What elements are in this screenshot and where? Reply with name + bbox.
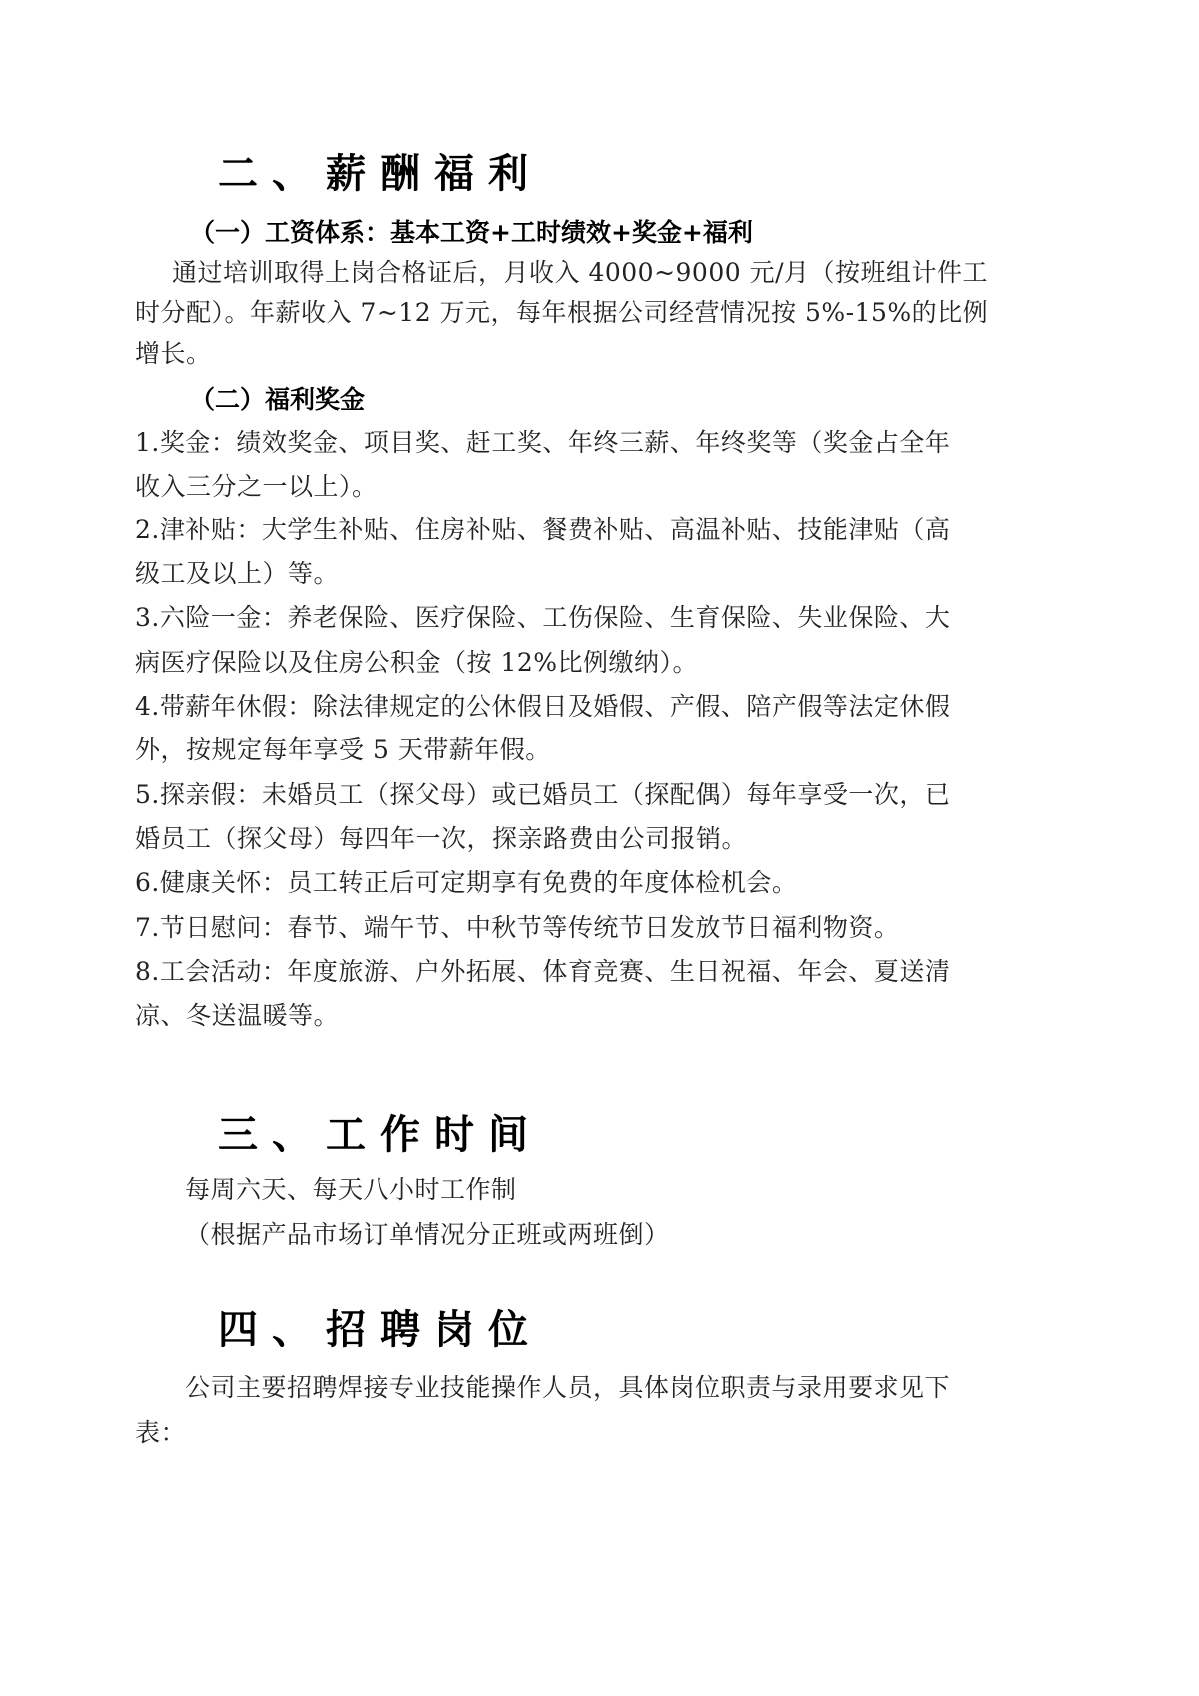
- paragraph-line: 通过培训取得上岗合格证后，月收入 4000~9000 元/月（按班组计件工: [172, 253, 988, 289]
- paragraph-line: 增长。: [135, 334, 212, 370]
- paragraph-line: 时分配）。年薪收入 7~12 万元，每年根据公司经营情况按 5%-15%的比例: [135, 293, 988, 329]
- benefit-item-2: 2.津补贴：大学生补贴、住房补贴、餐费补贴、高温补贴、技能津贴（高: [135, 510, 950, 546]
- benefit-item-8-cont: 凉、冬送温暖等。: [135, 996, 339, 1032]
- benefit-item-4: 4.带薪年休假：除法律规定的公休假日及婚假、产假、陪产假等法定休假: [135, 687, 950, 723]
- benefit-item-1-cont: 收入三分之一以上）。: [135, 467, 378, 503]
- section-title-job-positions: 四、招聘岗位: [218, 1298, 542, 1355]
- benefit-item-8: 8.工会活动：年度旅游、户外拓展、体育竞赛、生日祝福、年会、夏送清: [135, 952, 950, 988]
- section-title-salary-benefits: 二、薪酬福利: [218, 142, 542, 199]
- benefit-item-5-cont: 婚员工（探父母）每四年一次，探亲路费由公司报销。: [135, 819, 747, 855]
- benefit-item-2-cont: 级工及以上）等。: [135, 554, 339, 590]
- working-hours-note: （根据产品市场订单情况分正班或两班倒）: [185, 1215, 670, 1251]
- subsection-title-benefits-bonus: （二）福利奖金: [190, 380, 365, 416]
- benefit-item-5: 5.探亲假：未婚员工（探父母）或已婚员工（探配偶）每年享受一次，已: [135, 775, 950, 811]
- benefit-item-1: 1.奖金：绩效奖金、项目奖、赶工奖、年终三薪、年终奖等（奖金占全年: [135, 423, 950, 459]
- benefit-item-3-cont: 病医疗保险以及住房公积金（按 12%比例缴纳）。: [135, 643, 698, 679]
- positions-paragraph-line: 公司主要招聘焊接专业技能操作人员，具体岗位职责与录用要求见下: [185, 1368, 950, 1404]
- positions-paragraph-line: 表：: [135, 1413, 186, 1449]
- section-title-working-hours: 三、工作时间: [218, 1103, 542, 1160]
- benefit-item-4-cont: 外，按规定每年享受 5 天带薪年假。: [135, 730, 551, 766]
- benefit-item-6: 6.健康关怀：员工转正后可定期享有免费的年度体检机会。: [135, 863, 797, 899]
- subsection-title-wage-system: （一）工资体系：基本工资+工时绩效+奖金+福利: [190, 213, 753, 249]
- benefit-item-7: 7.节日慰问：春节、端午节、中秋节等传统节日发放节日福利物资。: [135, 908, 899, 944]
- working-hours-line: 每周六天、每天八小时工作制: [185, 1170, 517, 1206]
- benefit-item-3: 3.六险一金：养老保险、医疗保险、工伤保险、生育保险、失业保险、大: [135, 598, 950, 634]
